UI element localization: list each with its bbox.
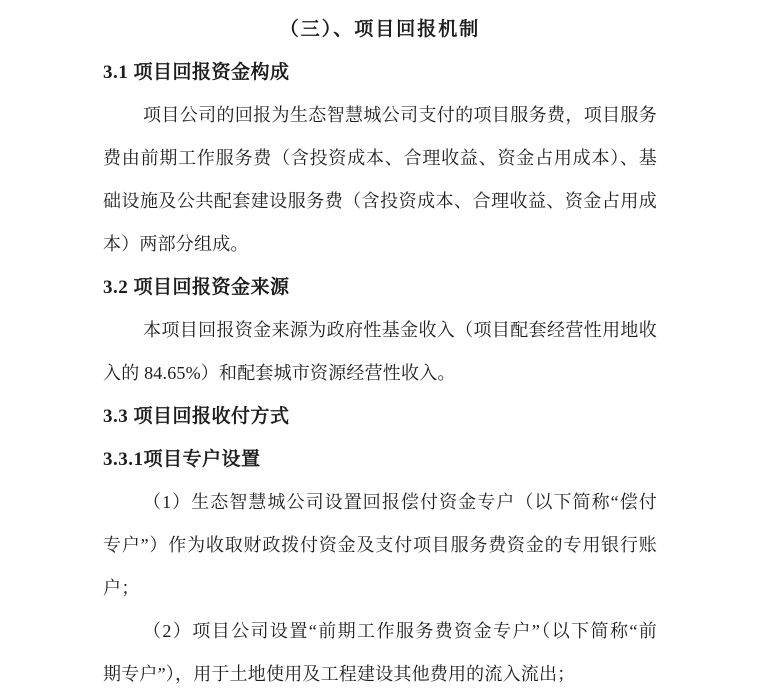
paragraph-line: 础设施及公共配套建设服务费（含投资成本、合理收益、资金占用成 <box>103 180 657 223</box>
paragraph-line: 本项目回报资金来源为政府性基金收入（项目配套经营性用地收 <box>103 309 657 352</box>
paragraph-fund-source: 本项目回报资金来源为政府性基金收入（项目配套经营性用地收 入的 84.65%）和… <box>103 309 657 395</box>
paragraph-line: （2）项目公司设置“前期工作服务费资金专户”（以下简称“前 <box>103 610 657 653</box>
paragraph-line: 期专户”），用于土地使用及工程建设其他费用的流入流出； <box>103 653 657 696</box>
paragraph-fund-composition: 项目公司的回报为生态智慧城公司支付的项目服务费，项目服务 费由前期工作服务费（含… <box>103 94 657 266</box>
paragraph-line: （1）生态智慧城公司设置回报偿付资金专户（以下简称“偿付 <box>103 481 657 524</box>
paragraph-line: 入的 84.65%）和配套城市资源经营性收入。 <box>103 352 657 395</box>
paragraph-line: 费由前期工作服务费（含投资成本、合理收益、资金占用成本）、基 <box>103 137 657 180</box>
document-page: （三）、项目回报机制 3.1 项目回报资金构成 项目公司的回报为生态智慧城公司支… <box>0 0 760 697</box>
doc-title: （三）、项目回报机制 <box>103 8 657 51</box>
section-heading-3-3-1: 3.3.1项目专户设置 <box>103 438 657 481</box>
paragraph-line: 本）两部分组成。 <box>103 223 657 266</box>
paragraph-account-2: （2）项目公司设置“前期工作服务费资金专户”（以下简称“前 期专户”），用于土地… <box>103 610 657 696</box>
paragraph-line: 户； <box>103 567 657 610</box>
section-heading-3-1: 3.1 项目回报资金构成 <box>103 51 657 94</box>
section-heading-3-2: 3.2 项目回报资金来源 <box>103 266 657 309</box>
section-heading-3-3: 3.3 项目回报收付方式 <box>103 395 657 438</box>
paragraph-account-1: （1）生态智慧城公司设置回报偿付资金专户（以下简称“偿付 专户”）作为收取财政拨… <box>103 481 657 610</box>
paragraph-line: 专户”）作为收取财政拨付资金及支付项目服务费资金的专用银行账 <box>103 524 657 567</box>
paragraph-line: 项目公司的回报为生态智慧城公司支付的项目服务费，项目服务 <box>103 94 657 137</box>
